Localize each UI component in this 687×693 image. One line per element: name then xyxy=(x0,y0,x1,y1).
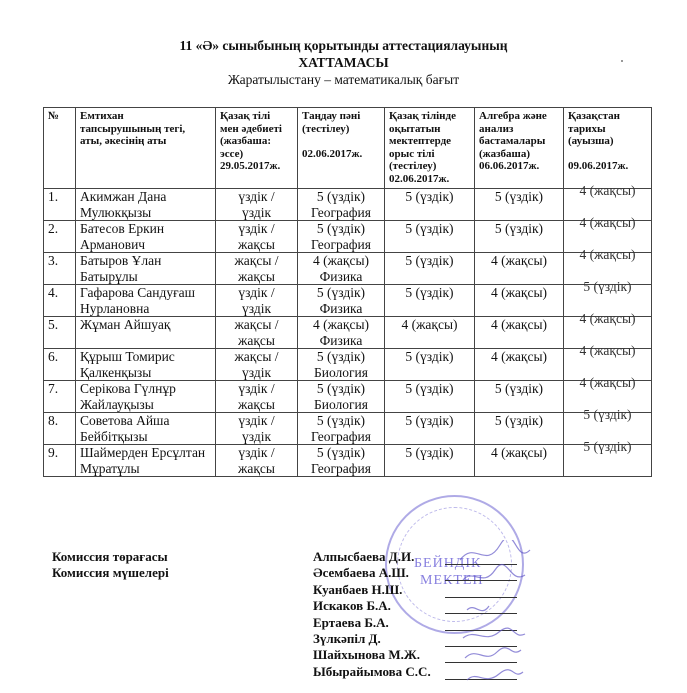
commission-member: Алпысбаева Д.И. xyxy=(313,549,414,565)
cell-student-name: Батыров ҰланБатырұлы xyxy=(76,253,216,285)
document-subtitle: Жаратылыстану – математикалық бағыт xyxy=(0,72,687,88)
cell-choice-grade: 5 (үздік)География xyxy=(298,413,385,445)
cell-russian-grade: 5 (үздік) xyxy=(385,285,475,317)
cell-number: 2. xyxy=(44,221,76,253)
commission-member: Зүлкәпіл Д. xyxy=(313,631,381,647)
header-name: Емтихантапсырушының тегі,аты, әкесінің а… xyxy=(76,108,216,189)
cell-choice-grade: 4 (жақсы)Физика xyxy=(298,253,385,285)
cell-algebra-grade: 4 (жақсы) xyxy=(475,253,564,285)
cell-algebra-grade: 4 (жақсы) xyxy=(475,349,564,381)
document-title: 11 «Ә» сыныбының қорытынды аттестациялау… xyxy=(0,38,687,54)
commission-member: Ертаева Б.А. xyxy=(313,615,389,631)
cell-student-name: Шаймерден ЕрсұлтанМұратұлы xyxy=(76,445,216,477)
cell-choice-grade: 5 (үздік)География xyxy=(298,189,385,221)
commission-member: Куанбаев Н.Ш. xyxy=(313,582,402,598)
cell-algebra-grade: 5 (үздік) xyxy=(475,189,564,221)
table-row: 7.Серікова ГүлнұрЖайлауқызыүздік /жақсы5… xyxy=(44,381,652,413)
header-number: № xyxy=(44,108,76,189)
cell-number: 3. xyxy=(44,253,76,285)
chair-label: Комиссия төрағасы xyxy=(52,549,168,565)
cell-russian-grade: 5 (үздік) xyxy=(385,349,475,381)
header-history: Қазақстантарихы(ауызша)09.06.2017ж. xyxy=(564,108,652,189)
cell-algebra-grade: 5 (үздік) xyxy=(475,381,564,413)
table-row: 5.Жұман Айшуақжақсы /жақсы4 (жақсы)Физик… xyxy=(44,317,652,349)
cell-number: 5. xyxy=(44,317,76,349)
cell-russian-grade: 5 (үздік) xyxy=(385,221,475,253)
cell-kazakh-grade: үздік /үздік xyxy=(216,189,298,221)
signatures-icon xyxy=(455,540,535,690)
table-row: 8.Советова АйшаБейбітқызыүздік /үздік5 (… xyxy=(44,413,652,445)
cell-student-name: Гафарова СандуғашНурлановна xyxy=(76,285,216,317)
cell-number: 8. xyxy=(44,413,76,445)
header-choice: Таңдау пәні(тестілеу)02.06.2017ж. xyxy=(298,108,385,189)
cell-kazakh-grade: жақсы /үздік xyxy=(216,349,298,381)
cell-number: 9. xyxy=(44,445,76,477)
cell-choice-grade: 5 (үздік)География xyxy=(298,445,385,477)
commission-member: Шайхынова М.Ж. xyxy=(313,647,420,663)
attestation-table: №Емтихантапсырушының тегі,аты, әкесінің … xyxy=(43,107,652,477)
document-heading: ХАТТАМАСЫ xyxy=(0,55,687,71)
header-kazakh: Қазақ тілімен әдебиеті(жазбаша:эссе)29.0… xyxy=(216,108,298,189)
cell-russian-grade: 5 (үздік) xyxy=(385,189,475,221)
cell-choice-grade: 5 (үздік)Биология xyxy=(298,349,385,381)
cell-choice-grade: 5 (үздік)Физика xyxy=(298,285,385,317)
cell-russian-grade: 5 (үздік) xyxy=(385,253,475,285)
cell-history-grade: 5 (үздік) xyxy=(564,445,652,477)
cell-kazakh-grade: үздік /жақсы xyxy=(216,381,298,413)
cell-choice-grade: 5 (үздік)Биология xyxy=(298,381,385,413)
cell-choice-grade: 5 (үздік)География xyxy=(298,221,385,253)
cell-kazakh-grade: үздік /үздік xyxy=(216,285,298,317)
cell-number: 1. xyxy=(44,189,76,221)
cell-russian-grade: 5 (үздік) xyxy=(385,445,475,477)
cell-russian-grade: 5 (үздік) xyxy=(385,381,475,413)
header-russian: Қазақ тіліндеоқытатынмектептердеорыс тіл… xyxy=(385,108,475,189)
table-row: 2.Батесов ЕркинАрмановичүздік /жақсы5 (ү… xyxy=(44,221,652,253)
cell-algebra-grade: 5 (үздік) xyxy=(475,413,564,445)
table-row: 4.Гафарова СандуғашНурлановнаүздік /үзді… xyxy=(44,285,652,317)
cell-russian-grade: 5 (үздік) xyxy=(385,413,475,445)
scan-speck xyxy=(621,60,623,62)
cell-russian-grade: 4 (жақсы) xyxy=(385,317,475,349)
cell-number: 7. xyxy=(44,381,76,413)
cell-kazakh-grade: жақсы /жақсы xyxy=(216,253,298,285)
commission-member: Ыбырайымова С.С. xyxy=(313,664,431,680)
cell-student-name: Серікова ГүлнұрЖайлауқызы xyxy=(76,381,216,413)
cell-kazakh-grade: үздік /жақсы xyxy=(216,445,298,477)
cell-student-name: Құрыш ТомирисҚалкенқызы xyxy=(76,349,216,381)
cell-kazakh-grade: үздік /үздік xyxy=(216,413,298,445)
cell-student-name: Акимжан ДанаМулюкқызы xyxy=(76,189,216,221)
members-label: Комиссия мүшелері xyxy=(52,565,169,581)
cell-student-name: Батесов ЕркинАрманович xyxy=(76,221,216,253)
cell-algebra-grade: 5 (үздік) xyxy=(475,221,564,253)
cell-algebra-grade: 4 (жақсы) xyxy=(475,317,564,349)
cell-kazakh-grade: жақсы /жақсы xyxy=(216,317,298,349)
header-algebra: Алгебра жәнеанализбастамалары(жазбаша)06… xyxy=(475,108,564,189)
table-row: 1.Акимжан ДанаМулюкқызыүздік /үздік5 (үз… xyxy=(44,189,652,221)
cell-algebra-grade: 4 (жақсы) xyxy=(475,445,564,477)
cell-student-name: Жұман Айшуақ xyxy=(76,317,216,349)
table-row: 9.Шаймерден ЕрсұлтанМұратұлыүздік /жақсы… xyxy=(44,445,652,477)
cell-number: 6. xyxy=(44,349,76,381)
commission-member: Искаков Б.А. xyxy=(313,598,391,614)
cell-student-name: Советова АйшаБейбітқызы xyxy=(76,413,216,445)
cell-number: 4. xyxy=(44,285,76,317)
commission-member: Әсембаева А.Ш. xyxy=(313,565,409,581)
table-row: 3.Батыров ҰланБатырұлыжақсы /жақсы4 (жақ… xyxy=(44,253,652,285)
cell-algebra-grade: 4 (жақсы) xyxy=(475,285,564,317)
cell-choice-grade: 4 (жақсы)Физика xyxy=(298,317,385,349)
table-row: 6.Құрыш ТомирисҚалкенқызыжақсы /үздік5 (… xyxy=(44,349,652,381)
cell-kazakh-grade: үздік /жақсы xyxy=(216,221,298,253)
table-header-row: №Емтихантапсырушының тегі,аты, әкесінің … xyxy=(44,108,652,189)
